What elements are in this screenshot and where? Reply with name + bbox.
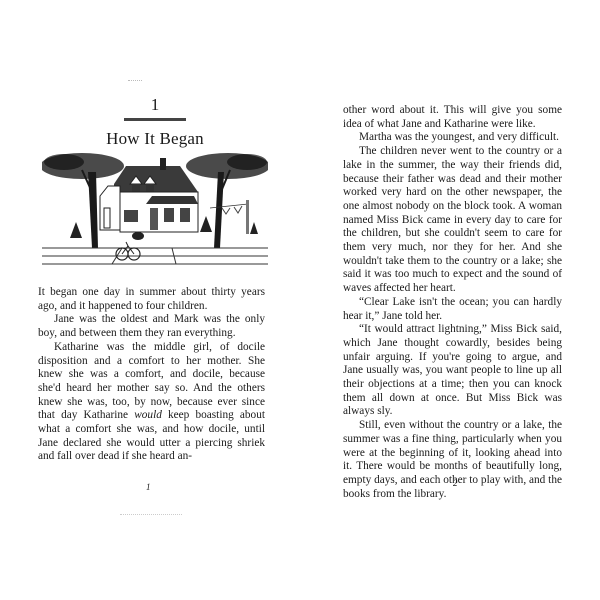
page-number: 1	[146, 482, 151, 492]
page-footer-mark	[120, 514, 182, 517]
paragraph: Jane was the oldest and Mark was the onl…	[38, 313, 265, 340]
paragraph: The children never went to the country o…	[343, 145, 562, 296]
paragraph: Martha was the youngest, and very diffic…	[343, 131, 562, 145]
house-illustration-icon	[42, 152, 268, 270]
paragraph: Still, even without the country or a lak…	[343, 419, 562, 501]
paragraph: It began one day in summer about thirty …	[38, 286, 265, 313]
page-top-mark	[128, 80, 142, 83]
left-page-body-text: It began one day in summer about thirty …	[38, 286, 265, 464]
chapter-title: How It Began	[0, 129, 310, 149]
chapter-rule-divider	[124, 118, 186, 121]
paragraph: Katharine was the middle girl, of docile…	[38, 341, 265, 464]
page-number: 2	[453, 478, 458, 488]
left-page: 1 How It Began	[0, 0, 300, 600]
paragraph: “Clear Lake isn't the ocean; you can har…	[343, 296, 562, 323]
chapter-number: 1	[0, 95, 310, 115]
right-page: other word about it. This will give you …	[300, 0, 600, 600]
paragraph: other word about it. This will give you …	[343, 104, 562, 131]
right-page-body-text: other word about it. This will give you …	[343, 104, 562, 501]
emphasized-word: would	[134, 409, 162, 421]
paragraph: “It would attract lightning,” Miss Bick …	[343, 323, 562, 419]
